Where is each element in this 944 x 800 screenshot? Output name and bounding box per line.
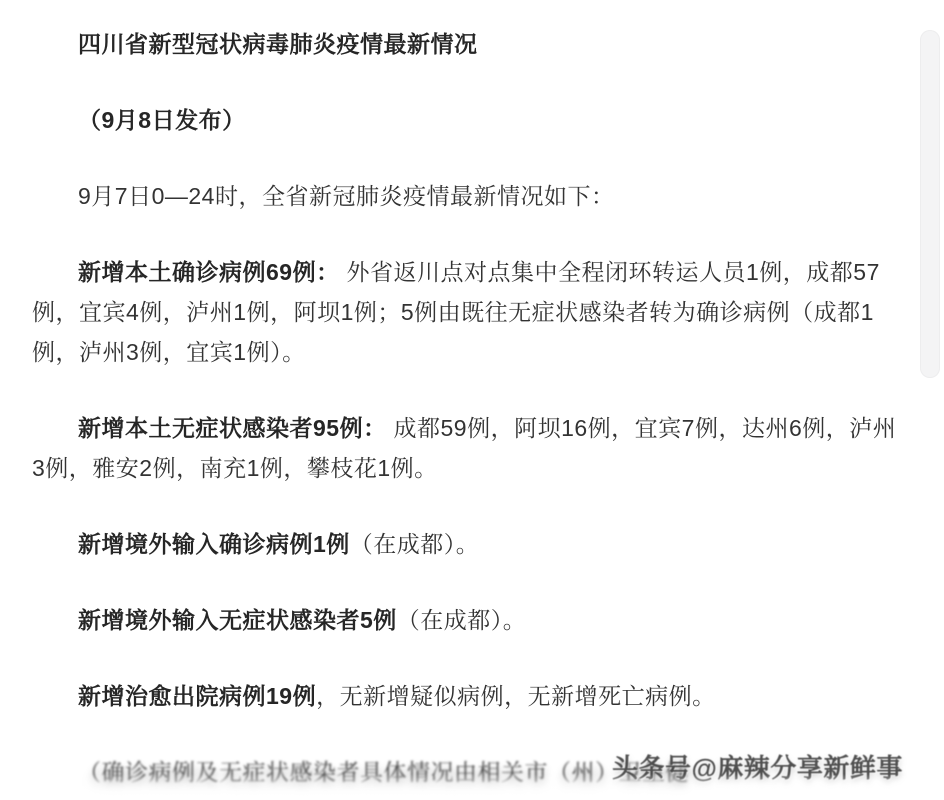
article-title: 四川省新型冠状病毒肺炎疫情最新情况 xyxy=(32,24,902,64)
scrollbar-thumb[interactable] xyxy=(920,30,940,378)
imported-confirmed-lead: 新增境外输入确诊病例1例 xyxy=(78,531,350,557)
paragraph-local-confirmed: 新增本土确诊病例69例： 外省返川点对点集中全程闭环转运人员1例，成都57例，宜… xyxy=(32,252,902,372)
imported-asymptomatic-lead: 新增境外输入无症状感染者5例 xyxy=(78,607,397,633)
paragraph-recovered: 新增治愈出院病例19例，无新增疑似病例，无新增死亡病例。 xyxy=(32,676,902,716)
publish-date-line: （9月8日发布） xyxy=(32,100,902,140)
imported-asymptomatic-detail: （在成都）。 xyxy=(397,607,527,633)
article-page: { "document": { "title": "四川省新型冠状病毒肺炎疫情最… xyxy=(0,0,944,800)
paragraph-imported-asymptomatic: 新增境外输入无症状感染者5例（在成都）。 xyxy=(32,600,902,640)
intro-paragraph: 9月7日0—24时，全省新冠肺炎疫情最新情况如下： xyxy=(32,176,902,216)
local-asymptomatic-lead: 新增本土无症状感染者95例： xyxy=(78,415,387,441)
recovered-lead: 新增治愈出院病例19例 xyxy=(78,683,316,709)
toutiao-watermark: 头条号@麻辣分享新鲜事 xyxy=(612,746,903,790)
recovered-detail: ，无新增疑似病例，无新增死亡病例。 xyxy=(316,683,716,709)
local-confirmed-lead: 新增本土确诊病例69例： xyxy=(78,259,340,285)
article-body: 四川省新型冠状病毒肺炎疫情最新情况 （9月8日发布） 9月7日0—24时，全省新… xyxy=(32,24,902,792)
paragraph-local-asymptomatic: 新增本土无症状感染者95例： 成都59例，阿坝16例，宜宾7例，达州6例，泸州3… xyxy=(32,408,902,488)
paragraph-imported-confirmed: 新增境外输入确诊病例1例（在成都）。 xyxy=(32,524,902,564)
imported-confirmed-detail: （在成都）。 xyxy=(350,531,480,557)
